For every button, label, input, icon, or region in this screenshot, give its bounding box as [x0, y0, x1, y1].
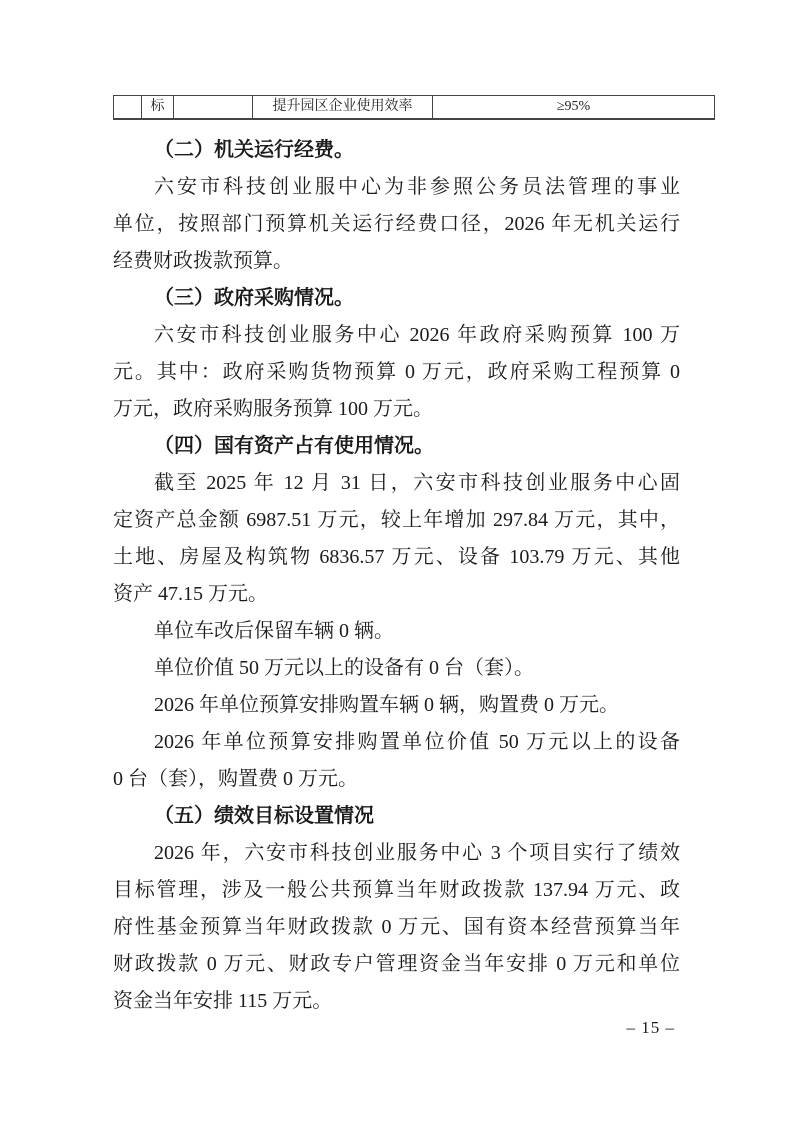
text-line: 目标管理，涉及一般公共预算当年财政拨款 137.94 万元、政	[113, 872, 680, 909]
section-heading: （五）绩效目标设置情况	[113, 798, 680, 835]
text-line: 府性基金预算当年财政拨款 0 万元、国有资本经营预算当年	[113, 909, 680, 946]
table-cell-indicator-value: ≥95%	[433, 96, 715, 120]
text-line: 0 台（套），购置费 0 万元。	[113, 761, 680, 798]
section-heading: （三）政府采购情况。	[113, 280, 680, 317]
text-line: 截至 2025 年 12 月 31 日，六安市科技创业服务中心固	[113, 465, 680, 502]
section-heading: （二）机关运行经费。	[113, 132, 680, 169]
table-cell-empty-mid	[174, 96, 253, 120]
text-line: 万元，政府采购服务预算 100 万元。	[113, 391, 680, 428]
table-cell-indicator-name: 提升园区企业使用效率	[253, 96, 433, 120]
document-body: （二）机关运行经费。六安市科技创业服中心为非参照公务员法管理的事业单位，按照部门…	[113, 132, 680, 1020]
text-line: 2026 年，六安市科技创业服务中心 3 个项目实行了绩效	[113, 835, 680, 872]
text-line: 元。其中：政府采购货物预算 0 万元，政府采购工程预算 0	[113, 354, 680, 391]
text-line: 财政拨款 0 万元、财政专户管理资金当年安排 0 万元和单位	[113, 946, 680, 983]
performance-indicator-table: 标 提升园区企业使用效率 ≥95%	[113, 95, 715, 120]
text-line: 六安市科技创业服务中心 2026 年政府采购预算 100 万	[113, 317, 680, 354]
section-heading: （四）国有资产占有使用情况。	[113, 428, 680, 465]
text-line: 土地、房屋及构筑物 6836.57 万元、设备 103.79 万元、其他	[113, 539, 680, 576]
text-line: 单位车改后保留车辆 0 辆。	[113, 613, 680, 650]
table-row: 标 提升园区企业使用效率 ≥95%	[114, 96, 715, 120]
text-line: 定资产总金额 6987.51 万元，较上年增加 297.84 万元，其中，	[113, 502, 680, 539]
text-line: 2026 年单位预算安排购置单位价值 50 万元以上的设备	[113, 724, 680, 761]
table-cell-empty-left	[114, 96, 142, 120]
text-line: 单位价值 50 万元以上的设备有 0 台（套）。	[113, 650, 680, 687]
text-line: 2026 年单位预算安排购置车辆 0 辆，购置费 0 万元。	[113, 687, 680, 724]
text-line: 资产 47.15 万元。	[113, 576, 680, 613]
text-line: 经费财政拨款预算。	[113, 243, 680, 280]
document-page: 标 提升园区企业使用效率 ≥95% （二）机关运行经费。六安市科技创业服中心为非…	[0, 0, 793, 1122]
text-line: 六安市科技创业服中心为非参照公务员法管理的事业	[113, 169, 680, 206]
table-cell-indicator-label: 标	[142, 96, 174, 120]
text-line: 单位，按照部门预算机关运行经费口径，2026 年无机关运行	[113, 206, 680, 243]
page-number: – 15 –	[113, 1008, 675, 1048]
